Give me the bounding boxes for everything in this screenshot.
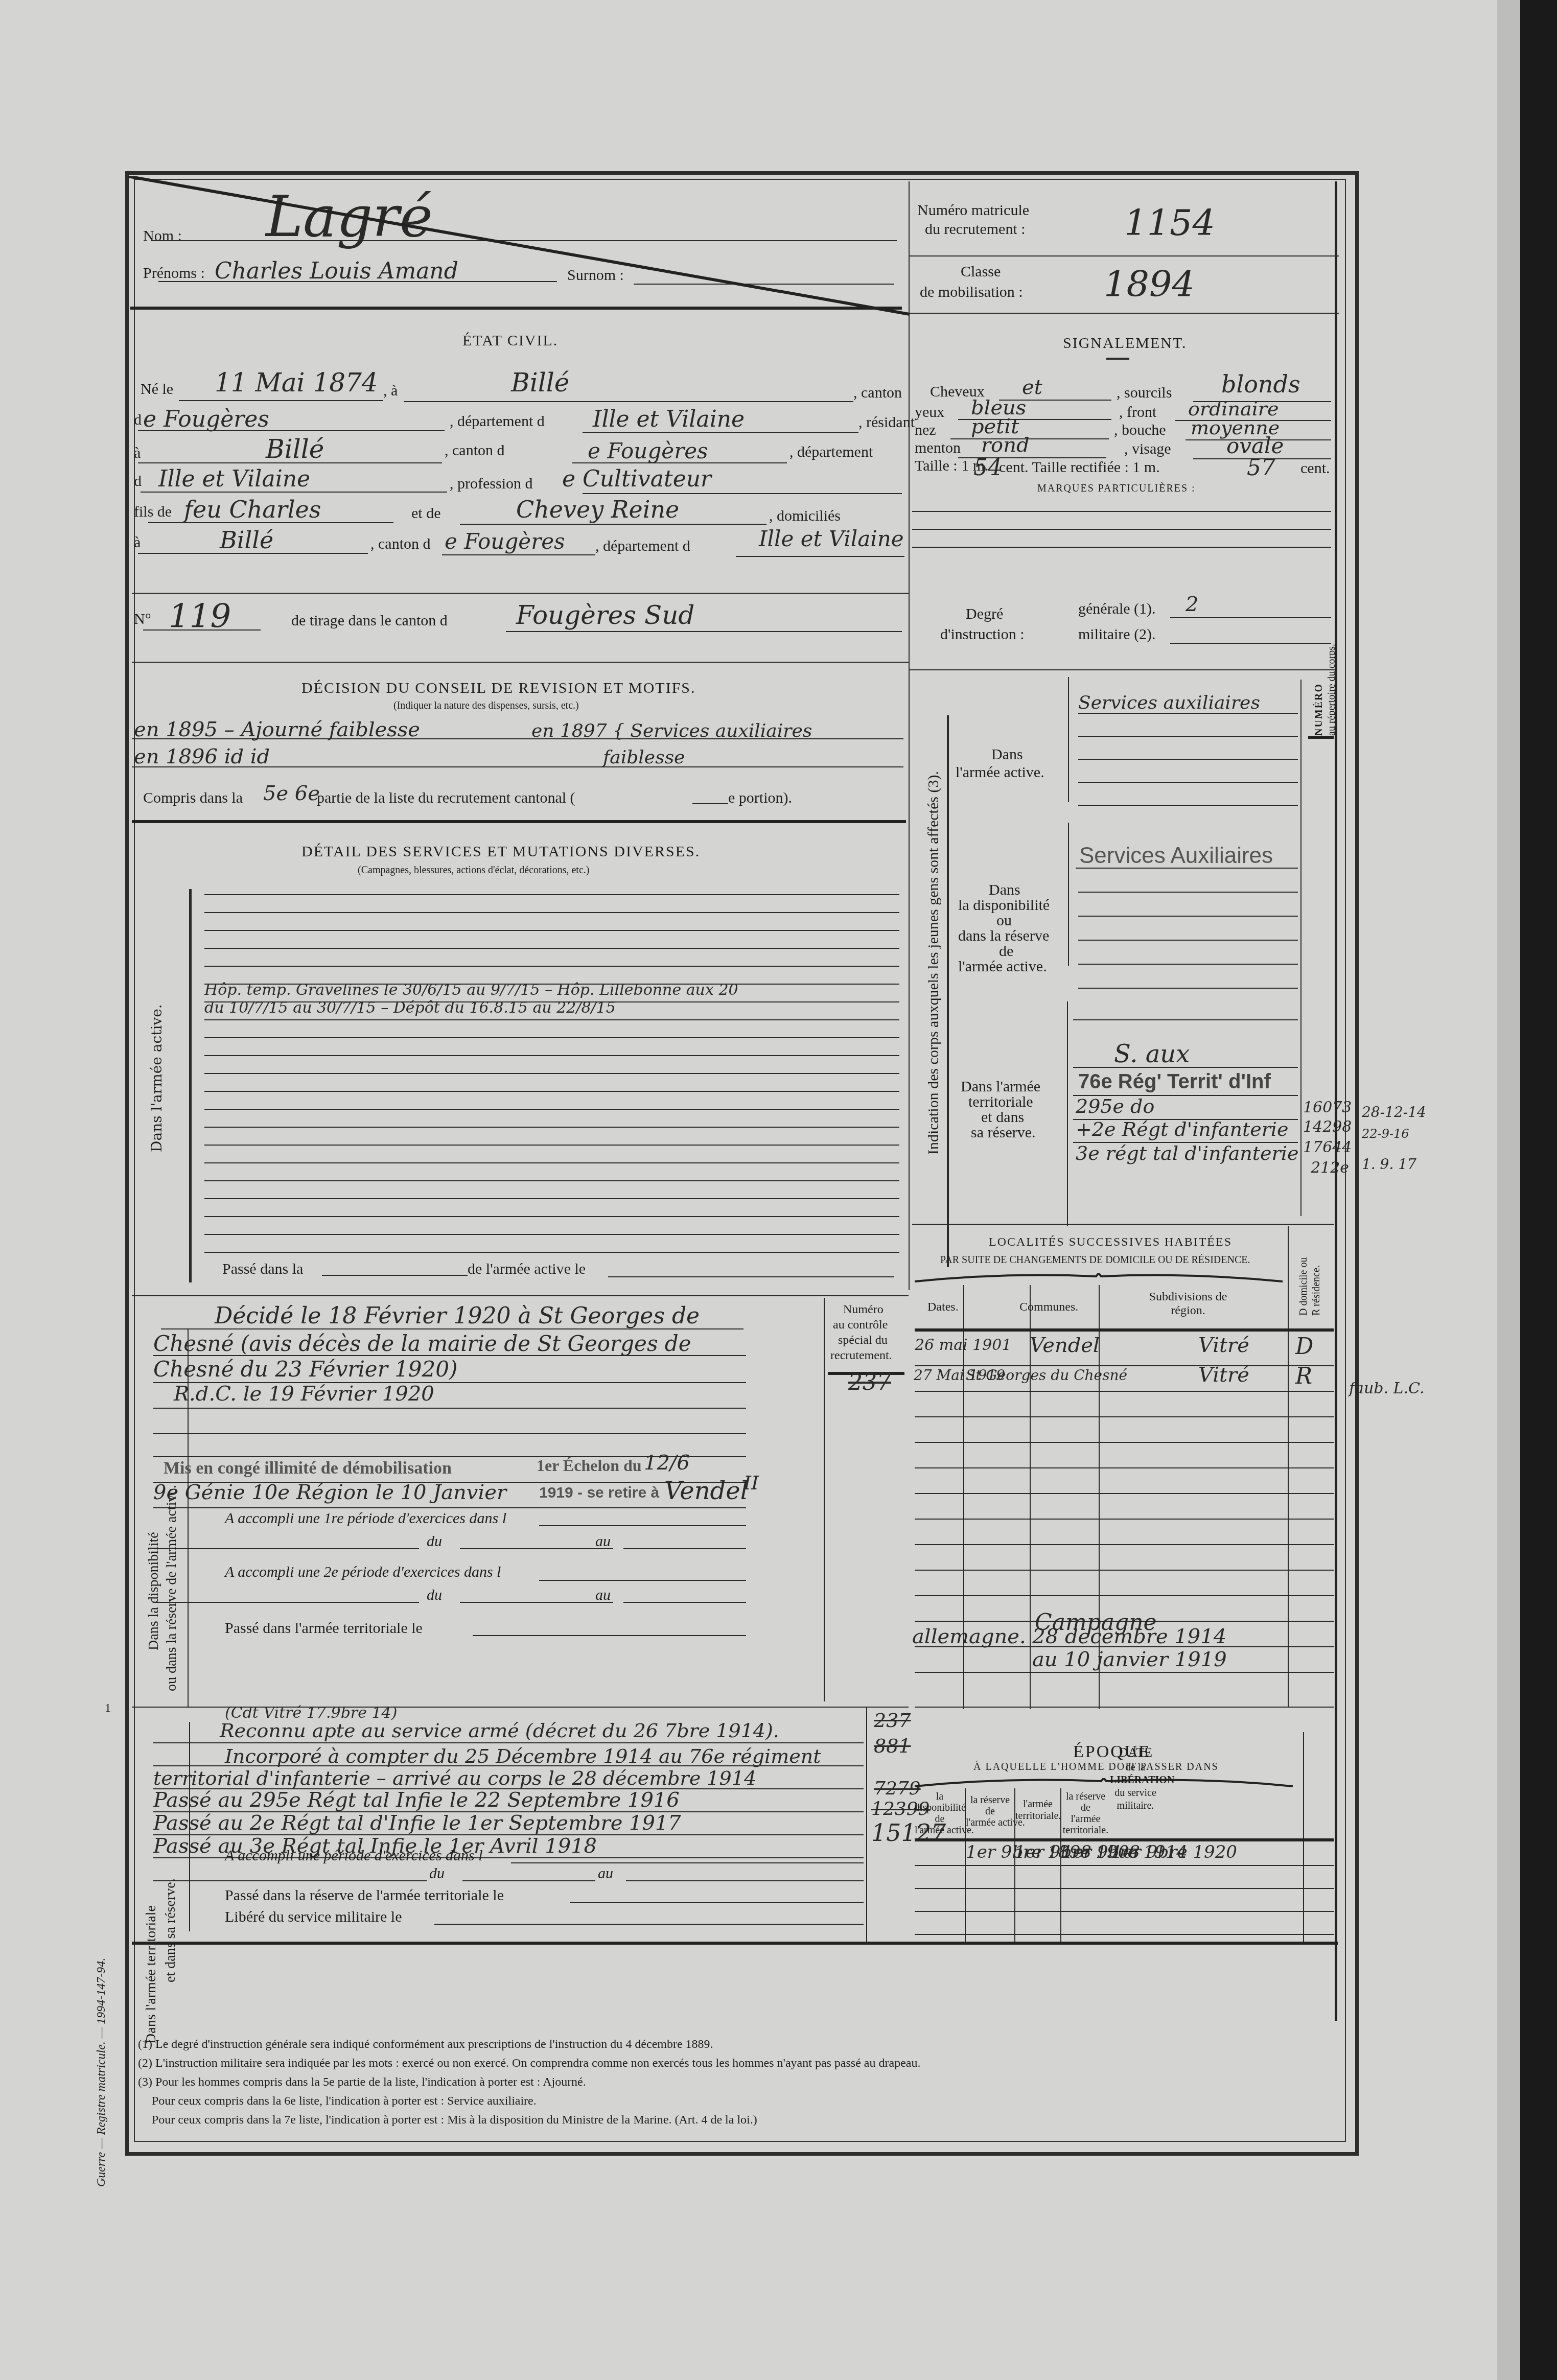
footnote-5: Pour ceux compris dans la 7e liste, l'in… <box>152 2113 757 2127</box>
terr-text-2: Incorporé à compter du 25 Décembre 1914 … <box>225 1745 821 1767</box>
departement3-value: Ille et Vilaine <box>759 526 904 551</box>
terr-reserve-label: Passé dans la réserve de l'armée territo… <box>225 1887 504 1904</box>
passe-line-2 <box>608 1276 894 1277</box>
loc-rule-7 <box>915 1519 1334 1520</box>
front-label: , front <box>1119 404 1156 421</box>
services-line-9 <box>204 1037 899 1038</box>
au-2-label: au <box>595 1586 611 1604</box>
localites-col-dr <box>1288 1226 1289 1707</box>
epoque-rule-1 <box>915 1865 1334 1866</box>
liberation-h1: DATE <box>1110 1745 1161 1760</box>
epoque-col1-h1: la <box>915 1791 965 1803</box>
epoque-col3-h1: l'armée <box>1015 1799 1060 1810</box>
de-label: d <box>134 411 142 429</box>
tirage-label: de tirage dans le canton d <box>291 612 448 629</box>
liberation-divider <box>1303 1732 1304 1942</box>
loc-rule-1 <box>915 1365 1334 1366</box>
terr-du-line <box>462 1880 595 1881</box>
margin-date-3: 1. 9. 17 <box>1362 1156 1416 1173</box>
fils-de-label: fils de <box>134 503 172 521</box>
menton-value: rond <box>981 433 1030 457</box>
du-2-line <box>460 1602 613 1603</box>
epoque-col1-h3: de <box>915 1813 965 1825</box>
d2-label: d <box>134 473 142 490</box>
services-line-14 <box>204 1127 899 1128</box>
epoque-col3-h2: territoriale. <box>1015 1810 1060 1822</box>
tirage-canton: Fougères Sud <box>516 600 694 630</box>
departement3-label: , département d <box>595 538 690 555</box>
loc-rule-12 <box>915 1646 1334 1647</box>
numero-controle-1: Numéro <box>843 1303 884 1317</box>
dispo-line-6 <box>1078 988 1298 989</box>
dispo-label-3: ou <box>996 912 1012 929</box>
portion-label: e portion). <box>728 789 792 807</box>
loc-rule-10 <box>915 1595 1334 1596</box>
column-divider <box>909 181 910 1290</box>
epoque-col1-h2: disponibilité <box>915 1802 965 1814</box>
tirage-no-line <box>143 629 261 631</box>
localites-brace <box>915 1273 1283 1284</box>
numero-label-2: au répertoire du corps. <box>1326 644 1338 736</box>
loc-row-1-dr: D <box>1295 1334 1313 1360</box>
terr-numero-0: 237 <box>874 1709 911 1732</box>
numero-controle-3: spécial du <box>838 1334 888 1347</box>
dispo-rule-5 <box>153 1433 746 1434</box>
active-line-5 <box>1078 805 1298 806</box>
canton3-value: e Fougères <box>445 529 565 554</box>
numero-controle-divider <box>824 1298 825 1701</box>
yeux-label: yeux <box>915 404 944 421</box>
terr-periode-line <box>511 1862 864 1863</box>
residant-label: , résidant <box>858 414 915 431</box>
active-line-4 <box>1078 782 1298 783</box>
margin-date-1: 28-12-14 <box>1362 1104 1426 1121</box>
epoque-col4-h2: de <box>1061 1802 1110 1814</box>
passe-territoriale-label: Passé dans l'armée territoriale le <box>225 1620 423 1637</box>
dispo-rule-8 <box>153 1507 746 1508</box>
services-line-13 <box>204 1109 899 1110</box>
services-line-21 <box>204 1252 899 1253</box>
taille-rect-value: 57 <box>1247 455 1275 481</box>
ne-le-line <box>179 400 383 401</box>
tirage-canton-line <box>506 631 902 632</box>
dispo-vertical-1: Dans la disponibilité <box>146 1532 162 1650</box>
periode2-blank <box>153 1602 419 1603</box>
services-brace <box>189 889 192 1282</box>
page-edge <box>1497 0 1520 2380</box>
services-line-2 <box>204 912 899 913</box>
dispo-line-5 <box>1078 964 1298 965</box>
terr-label-3: et dans <box>981 1109 1024 1126</box>
liberation-value: 1er 9bre 1920 <box>1111 1842 1237 1862</box>
liberation-h3: LIBÉRATION <box>1110 1775 1161 1786</box>
demob-roman: II <box>743 1472 759 1494</box>
services-line-16 <box>204 1162 899 1163</box>
tirage-divider <box>132 593 909 594</box>
terr-libere-label: Libéré du service militaire le <box>225 1908 402 1926</box>
signalement-rule <box>1106 358 1129 360</box>
terr-numero-1: 881 <box>874 1735 911 1757</box>
numero-controle-4: recrutement. <box>830 1349 892 1363</box>
loc-rule-13 <box>915 1672 1334 1673</box>
profession-line <box>583 493 902 494</box>
dr-header-1: D domicile ou <box>1298 1257 1310 1316</box>
nez-line <box>950 438 1109 439</box>
instruction-militaire-label: militaire (2). <box>1078 626 1156 643</box>
mother: Chevey Reine <box>516 496 679 523</box>
canton3-label: , canton d <box>370 535 430 553</box>
dispo-line-2 <box>1078 892 1298 893</box>
compris-label: Compris dans la <box>143 789 243 807</box>
terr-numero-2: 7279 <box>874 1778 921 1799</box>
terr-entry-2: 295e do <box>1076 1095 1154 1117</box>
nez-label: nez <box>915 422 936 439</box>
terr-line-1 <box>1073 1067 1298 1068</box>
birth-place: Billé <box>511 368 569 398</box>
canton-label: , canton <box>853 384 902 402</box>
epoque-col4-h4: territoriale. <box>1061 1825 1110 1836</box>
epoque-rule-2 <box>915 1888 1334 1889</box>
decision-line-4: faiblesse <box>603 747 685 768</box>
dispo-rule-2 <box>153 1355 746 1356</box>
localites-top <box>912 1224 1334 1225</box>
cent-label: cent. <box>1300 460 1330 477</box>
dispo-line-text-3: Chesné du 23 Février 1920) <box>153 1357 457 1382</box>
dispo-line-text-1: Décidé le 18 Février 1920 à St Georges d… <box>215 1303 700 1329</box>
partie-label: partie de la liste du recrutement canton… <box>317 789 575 807</box>
numero-matricule-label-2: du recrutement : <box>925 221 1026 238</box>
loc-row-1-commune: Vendel <box>1030 1334 1100 1357</box>
dispo-label-1: Dans <box>989 881 1020 899</box>
liberation-h4: du service <box>1110 1787 1161 1799</box>
birth-place-line <box>404 401 853 402</box>
campagne-3: au 10 janvier 1919 <box>1032 1648 1227 1671</box>
terr-reserve-line <box>570 1902 864 1903</box>
etat-civil-bottom <box>132 662 909 663</box>
services-active-vertical: Dans l'armée active. <box>148 1004 165 1152</box>
footnote-1: (1) Le degré d'instruction générale sera… <box>138 2038 713 2051</box>
canton-line <box>138 430 445 431</box>
instruction-generale-label: générale (1). <box>1078 600 1156 618</box>
localites-margin-note: faub. L.C. <box>1349 1380 1424 1397</box>
terr-vertical-1: Dans l'armée territoriale <box>143 1905 159 2044</box>
father: feu Charles <box>184 496 321 523</box>
residence-line <box>138 462 442 463</box>
dispo-rule-1 <box>161 1328 743 1329</box>
etat-civil-title: ÉTAT CIVIL. <box>462 332 558 349</box>
terr-numero-3: 17644 <box>1303 1138 1352 1156</box>
departement-line <box>583 432 858 433</box>
loc-rule-3 <box>915 1416 1334 1417</box>
epoque-col4-h1: la réserve <box>1061 1791 1110 1803</box>
departement3-line <box>736 556 904 557</box>
active-line-3 <box>1078 759 1298 760</box>
bouche-label: , bouche <box>1114 422 1166 439</box>
epoque-col2-h2: de <box>966 1806 1014 1817</box>
epoque-subtitle: À LAQUELLE L'HOMME DOIT PASSER DANS <box>973 1761 1219 1773</box>
et-de-label: et de <box>411 505 440 522</box>
periode2-label: A accompli une 2e période d'exercices da… <box>225 1564 501 1581</box>
canton2-line <box>572 462 787 463</box>
dispo-rule-4 <box>153 1408 746 1409</box>
services-line-19 <box>204 1216 899 1217</box>
services-line-8 <box>204 1019 899 1020</box>
dispo-line-4 <box>1078 940 1298 941</box>
terr-vertical-2: et dans sa réserve. <box>162 1878 179 1982</box>
au-2-line <box>623 1602 746 1603</box>
marques-line-2 <box>912 529 1331 530</box>
footnote-4: Pour ceux compris dans la 6e liste, l'in… <box>152 2094 537 2108</box>
terr-du-label: du <box>429 1865 445 1882</box>
a3-label: à <box>134 534 141 551</box>
loc-row-2-subdivision: Vitré <box>1198 1363 1249 1387</box>
terr-text-5: Passé au 2e Régt tal d'Infie le 1er Sept… <box>153 1811 681 1835</box>
instruction-label-1: Degré <box>966 605 1003 623</box>
active-label-2: l'armée active. <box>956 764 1044 781</box>
services-line-1 <box>204 894 899 895</box>
terr-periode-blank <box>153 1880 427 1881</box>
a2-label: à <box>134 445 141 462</box>
classe-label-2: de mobilisation : <box>920 284 1023 301</box>
classe-label-1: Classe <box>961 263 1001 281</box>
services-line-10 <box>204 1055 899 1056</box>
profession-label: , profession d <box>450 475 532 493</box>
loc-row-1-subdivision: Vitré <box>1198 1334 1249 1357</box>
periode2-line <box>539 1580 746 1581</box>
compris-value: 5e 6e <box>263 782 320 805</box>
campagne-2: allemagne. 28 decembre 1914 <box>912 1625 1226 1648</box>
passe-territoriale-line <box>473 1635 746 1636</box>
instruction-generale-value: 2 <box>1186 593 1198 616</box>
services-line-17 <box>204 1180 899 1181</box>
footnote-3: (3) Pour les hommes compris dans la 5e p… <box>138 2075 586 2089</box>
dispo-label-6: l'armée active. <box>958 958 1047 975</box>
loc-rule-2 <box>915 1391 1334 1392</box>
classe-value: 1894 <box>1104 263 1195 305</box>
epoque-rule-3 <box>915 1911 1334 1912</box>
terr-rule-1 <box>153 1742 864 1743</box>
dispo-label-2: la disponibilité <box>958 897 1050 914</box>
terr-line-0 <box>1073 1019 1298 1020</box>
signalement-title: SIGNALEMENT. <box>1063 335 1187 352</box>
father-line <box>148 522 393 523</box>
instruction-generale-line <box>1170 617 1331 618</box>
services-bottom <box>132 1295 909 1296</box>
taille-rect-label: cent. Taille rectifiée : 1 m. <box>999 459 1160 476</box>
hospital-line-2: du 10/7/15 au 30/7/15 – Dépôt du 16.8.15… <box>204 999 616 1017</box>
dr-header-2: R résidence. <box>1311 1265 1322 1316</box>
terr-libere-line <box>434 1924 864 1925</box>
dispo-line-text-2: Chesné (avis décès de la mairie de St Ge… <box>153 1331 691 1356</box>
terr-au-line <box>626 1880 864 1881</box>
terr-entry-1: 76e Rég' Territ' d'Inf <box>1078 1070 1271 1093</box>
periode1-label: A accompli une 1re période d'exercices d… <box>225 1510 506 1527</box>
dispo-vertical-2: ou dans la réserve de l'armée active. <box>164 1485 180 1691</box>
departement2-value: Ille et Vilaine <box>158 466 310 492</box>
matricule-divider <box>910 255 1339 256</box>
affectation-vertical-label: Indication des corps auxquels les jeunes… <box>925 771 942 1155</box>
periode1-line <box>539 1525 746 1526</box>
du-1-label: du <box>427 1533 442 1550</box>
terr-brace <box>1067 1001 1068 1226</box>
decision-title: DÉCISION DU CONSEIL DE REVISION ET MOTIF… <box>301 680 696 697</box>
strike-through-line <box>128 176 915 319</box>
loc-rule-5 <box>915 1467 1334 1468</box>
residence: Billé <box>266 434 324 464</box>
du-1-line <box>460 1548 613 1549</box>
domicilies-label: , domiciliés <box>769 507 841 525</box>
dispo-line-1 <box>1076 868 1298 869</box>
dispo-line-3 <box>1078 916 1298 917</box>
localites-header-rule <box>915 1328 1334 1332</box>
loc-rule-4 <box>915 1442 1334 1443</box>
epoque-col2-h3: l'armée active. <box>966 1817 1014 1829</box>
sourcils-value: blonds <box>1221 370 1300 398</box>
demob-retire: Vendel <box>664 1477 748 1505</box>
profession-value: e Cultivateur <box>562 466 711 492</box>
terr-text-3: territorial d'infanterie – arrivé au cor… <box>153 1767 756 1789</box>
decision-subtitle: (Indiquer la nature des dispenses, sursi… <box>393 700 579 712</box>
epoque-brace <box>915 1778 1293 1788</box>
departement-value: Ille et Vilaine <box>593 406 745 432</box>
demob-stamp-2: 1er Échelon du <box>537 1456 642 1475</box>
localites-bottom <box>915 1707 1334 1708</box>
numero-label-1: NUMÉRO <box>1313 683 1325 736</box>
terr-numero-divider <box>866 1707 867 1942</box>
terr-text-1: Reconnu apte au service armé (décret du … <box>220 1719 779 1742</box>
publisher-note: Guerre — Registre matricule. — 1994-147-… <box>95 1958 108 2187</box>
terr-numero-1: 16073 <box>1303 1099 1352 1116</box>
du-2-label: du <box>427 1586 442 1604</box>
services-title: DÉTAIL DES SERVICES ET MUTATIONS DIVERSE… <box>301 843 700 860</box>
departement2-label: , département <box>789 444 873 461</box>
armee-active-le-label: de l'armée active le <box>468 1261 586 1278</box>
canton-value: e Fougères <box>143 406 269 432</box>
services-line-15 <box>204 1145 899 1146</box>
active-line-1 <box>1078 713 1298 714</box>
demob-hand-2: 9e Génie 10e Région le 10 Janvier <box>153 1481 506 1504</box>
loc-rule-8 <box>915 1544 1334 1545</box>
epoque-col4-h3: l'armée <box>1061 1813 1110 1825</box>
numero-matricule-label-1: Numéro matricule <box>917 202 1029 219</box>
mother-line <box>460 524 766 525</box>
services-subtitle: (Campagnes, blessures, actions d'éclat, … <box>358 865 589 876</box>
epoque-col1-h4: l'armée active. <box>915 1825 965 1836</box>
canton2-label: , canton d <box>445 442 504 459</box>
departement-label: , département d <box>450 413 545 430</box>
demob-stamp-1: Mis en congé illimité de démobilisation <box>164 1459 452 1478</box>
au-1-line <box>623 1548 746 1549</box>
numero-controle-value: 237 <box>848 1369 891 1395</box>
marques-line-3 <box>912 547 1331 548</box>
liberation-h5: militaire. <box>1110 1800 1161 1812</box>
demob-stamp-3: 1919 - se retire à <box>539 1484 659 1502</box>
localites-title: LOCALITÉS SUCCESSIVES HABITÉES <box>989 1235 1232 1249</box>
services-line-4 <box>204 948 899 949</box>
instruction-bottom <box>910 669 1336 670</box>
portion-blank <box>692 803 728 804</box>
margin-mark: 1 <box>105 1701 111 1715</box>
loc-row-2-dr: R <box>1295 1363 1312 1389</box>
ne-le-label: Né le <box>141 381 173 398</box>
book-binding <box>1520 0 1557 2380</box>
epoque-col2-h1: la réserve <box>966 1794 1014 1806</box>
terr-numero-2: 14298 <box>1303 1118 1352 1136</box>
epoque-header-rule <box>915 1838 1334 1841</box>
a-label: , à <box>383 382 398 400</box>
epoque-rule-4 <box>915 1934 1334 1935</box>
dispo-stamp: Services Auxiliaires <box>1079 843 1273 869</box>
terr-label-2: territoriale <box>968 1093 1033 1111</box>
numero-matricule-value: 1154 <box>1124 202 1215 244</box>
localites-header-subdivisions: Subdivisions de région. <box>1147 1290 1229 1318</box>
dispo-label-4: dans la réserve <box>958 927 1049 945</box>
taille-value: 54 <box>973 455 1002 481</box>
affectation-brace <box>947 715 949 1267</box>
instruction-label-2: d'instruction : <box>940 626 1025 643</box>
decision-line-rule-1 <box>132 738 903 739</box>
marques-label: MARQUES PARTICULIÈRES : <box>1037 483 1196 495</box>
decision-line-rule-2 <box>132 766 903 767</box>
services-line-11 <box>204 1073 899 1074</box>
terr-label-4: sa réserve. <box>971 1124 1036 1141</box>
decision-bottom <box>132 820 906 823</box>
liberation-h2: de la <box>1110 1762 1161 1774</box>
localites-header-dates: Dates. <box>927 1300 959 1314</box>
hospital-line-1: Hôp. temp. Gravelines le 30/6/15 au 9/7/… <box>204 981 738 999</box>
dispo-brace <box>1068 823 1069 966</box>
localites-header-communes: Communes. <box>1019 1300 1078 1314</box>
terr-periode-label: A accompli une période d'exercices dans … <box>225 1847 483 1864</box>
footnote-2: (2) L'instruction militaire sera indiqué… <box>138 2057 920 2070</box>
au-1-label: au <box>595 1533 611 1550</box>
services-line-18 <box>204 1198 899 1199</box>
birth-date: 11 Mai 1874 <box>215 368 378 398</box>
services-line-3 <box>204 930 899 931</box>
decision-line-2: en 1896 id id <box>134 745 270 768</box>
sourcils-label: , sourcils <box>1117 384 1172 402</box>
marques-line-1 <box>912 511 1331 512</box>
terr-rule-2 <box>153 1765 864 1766</box>
services-line-12 <box>204 1091 899 1092</box>
active-label-1: Dans <box>991 746 1023 763</box>
numero-controle-2: au contrôle <box>833 1318 888 1332</box>
loc-rule-11 <box>915 1621 1334 1622</box>
terr-text-4: Passé au 295e Régt tal Infie le 22 Septe… <box>153 1788 680 1812</box>
tirage-no-label: N° <box>134 611 151 628</box>
active-value: Services auxiliaires <box>1078 692 1260 713</box>
services-line-5 <box>204 966 899 967</box>
terr-numero-4: 212e <box>1311 1159 1349 1177</box>
canton3-line <box>442 554 595 555</box>
canton2-value: e Fougères <box>588 438 708 463</box>
terr-au-label: au <box>598 1865 613 1882</box>
identity-divider <box>130 307 902 310</box>
loc-row-1-date: 26 mai 1901 <box>915 1336 1012 1354</box>
menton-label: menton <box>915 439 961 457</box>
margin-date-2: 22-9-16 <box>1362 1127 1409 1141</box>
services-line-20 <box>204 1234 899 1235</box>
numero-rule <box>1308 736 1334 739</box>
passe-label: Passé dans la <box>222 1261 303 1278</box>
parents-residence: Billé <box>220 526 273 554</box>
demob-hand-1: 12/6 <box>644 1451 690 1475</box>
terr-entry-0: S. aux <box>1114 1040 1190 1068</box>
departement2-line <box>141 492 447 493</box>
active-line-2 <box>1078 736 1298 737</box>
numero-column-divider <box>1300 680 1302 1216</box>
loc-rule-9 <box>915 1570 1334 1571</box>
